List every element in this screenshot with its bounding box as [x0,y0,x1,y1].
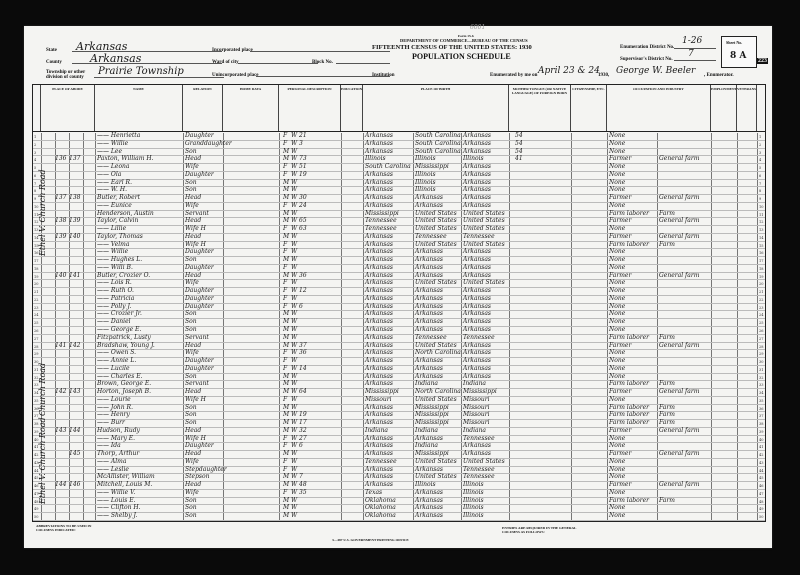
cell-father: Mississippi [415,450,449,457]
cell-line-number-right: 43 [759,461,763,465]
cell-relation: Daughter [185,248,214,255]
cell-industry: General farm [659,217,699,224]
enumerated-year: 1930, [598,73,609,78]
cell-father: South Carolina [415,140,461,147]
cell-birth: Arkansas [365,179,393,186]
cell-sex: M [283,512,289,519]
cell-n: 5 [34,166,36,170]
cell-line-number-right: 9 [759,197,761,201]
cell-race: W [291,357,297,364]
cell-father: Arkansas [415,287,443,294]
cell-occupation: None [609,473,625,480]
cell-race: W [291,481,297,488]
cell-relation: Wife [185,202,199,209]
cell-sex: F [283,202,287,209]
table-row: 42145Thorp, ArthurHeadMWArkansasMississi… [33,451,765,459]
cell-age: 19 [299,171,307,178]
cell-mother: Arkansas [463,264,491,271]
cell-sex: F [283,140,287,147]
ward-label: Ward of city [212,60,239,65]
margin-note-1: Ethel V. Church Road [38,169,47,256]
cell-occupation: None [609,179,625,186]
cell-occupation: None [609,132,625,139]
cell-father: Arkansas [415,497,443,504]
cell-name: —— Daniel [97,318,131,325]
cell-race: W [291,233,297,240]
table-row: 8—— W. H.SonMWArkansasIllinoisArkansasNo… [33,187,765,195]
cell-n: 6 [34,174,36,178]
cell-race: W [291,342,297,349]
cell-race: W [291,396,297,403]
cell-occupation: None [609,287,625,294]
cell-race: W [291,373,297,380]
cell-mother: Missouri [463,404,489,411]
cell-sex: M [283,318,289,325]
cell-age: 36 [299,272,307,279]
cell-n: 28 [34,345,38,349]
cell-mother: Mississippi [463,388,497,395]
county-label: County [46,60,62,65]
cell-occupation: None [609,396,625,403]
cell-occupation: None [609,148,625,155]
cell-age: 6 [299,303,303,310]
cell-race: W [291,194,297,201]
cell-industry: General farm [659,233,699,240]
cell-race: W [291,334,297,341]
cell-sex: F [283,489,287,496]
cell-sex: M [283,419,289,426]
cell-birth: Arkansas [365,295,393,302]
cell-race: W [291,442,297,449]
cell-father: Illinois [415,155,436,162]
cell-sex: M [283,310,289,317]
cell-mother: Arkansas [463,342,491,349]
cell-mother: United States [463,458,505,465]
cell-relation: Servant [185,380,209,387]
cell-mother: Indiana [463,427,486,434]
table-row: 9137138Butler, RobertHeadMW30ArkansasArk… [33,195,765,203]
cell-name: Butler, Robert [97,194,140,201]
census-title: FIFTEENTH CENSUS OF THE UNITED STATES: 1… [372,44,532,51]
cell-relation: Wife [185,279,199,286]
cell-relation: Head [185,427,201,434]
cell-mother: Arkansas [463,132,491,139]
cell-father: Illinois [415,179,436,186]
cell-name: —— Annie L. [97,357,136,364]
cell-name: —— Lois R. [97,279,132,286]
cell-age: 24 [299,202,307,209]
cell-industry: Farm [659,241,675,248]
cell-mother: Illinois [463,497,484,504]
cell-birth: Arkansas [365,419,393,426]
cell-occupation: None [609,489,625,496]
cell-name: —— Henry [97,411,130,418]
cell-father: North Carolina [415,349,461,356]
cell-n: 20 [34,282,38,286]
cell-birth: Arkansas [365,342,393,349]
cell-name: McAllister, William [97,473,155,480]
cell-relation: Son [185,326,197,333]
cell-relation: Head [185,388,201,395]
cell-line-number-right: 39 [759,430,763,434]
cell-name: Mitchell, Louis M. [97,481,152,488]
cell-name: —— Ida [97,442,121,449]
cell-mother: Tennessee [463,473,495,480]
cell-line-number-right: 18 [759,267,763,271]
cell-dwelling: 138 [55,217,66,224]
cell-race: W [291,148,297,155]
cell-race: W [291,179,297,186]
cell-name: Taylor, Thomas [97,233,143,240]
cell-birth: Texas [365,489,382,496]
cell-race: W [291,202,297,209]
cell-line-number-right: 14 [759,236,763,240]
cell-relation: Wife H [185,241,206,248]
cell-industry: General farm [659,155,699,162]
cell-name: Bradshaw, Young J. [97,342,155,349]
cell-name: Butler, Crozier O. [97,272,150,279]
cell-family: 140 [69,233,80,240]
cell-birth: Arkansas [365,148,393,155]
cell-occupation: Farmer [609,427,631,434]
cell-dwelling: 141 [55,342,66,349]
cell-industry: General farm [659,481,699,488]
col-place-of-birth: PLACE OF BIRTH [363,85,509,131]
cell-sex: F [283,442,287,449]
table-row: 46144146Mitchell, Louis M.HeadMW48Arkans… [33,482,765,490]
margin-note-2: Church Road [38,363,47,416]
cell-father: Arkansas [415,504,443,511]
cell-relation: Son [185,373,197,380]
cell-occupation: None [609,365,625,372]
cell-occupation: Farmer [609,342,631,349]
cell-name: —— Willie [97,248,128,255]
cell-line-number-right: 15 [759,244,763,248]
cell-n: 22 [34,298,38,302]
cell-family: 137 [69,155,80,162]
cell-mother: United States [463,279,505,286]
cell-line-number-right: 42 [759,453,763,457]
cell-dwelling: 137 [55,194,66,201]
cell-race: W [291,279,297,286]
cell-sex: M [283,497,289,504]
state-label: State [46,48,57,53]
cell-birth: Arkansas [365,481,393,488]
table-row: 35—— LourieWife HFWMissouriUnited States… [33,397,765,405]
cell-occupation: Farm laborer [609,419,649,426]
cell-birth: Arkansas [365,373,393,380]
header-divider [33,131,765,132]
table-row: 16—— WillieDaughterFWArkansasArkansasArk… [33,249,765,257]
cell-occupation: None [609,279,625,286]
cell-birth: Arkansas [365,473,393,480]
cell-mother: Arkansas [463,179,491,186]
cell-relation: Son [185,404,197,411]
cell-sex: F [283,458,287,465]
cell-father: United States [415,342,457,349]
cell-line-number-right: 29 [759,352,763,356]
cell-relation: Head [185,155,201,162]
cell-line-number-right: 2 [759,143,761,147]
cell-sex: M [283,179,289,186]
cell-name: —— W. H. [97,186,127,193]
table-row: 48—— Louis E.SonMWOklahomaArkansasIllino… [33,498,765,506]
cell-name: —— Lucile [97,365,130,372]
cell-name: —— Louis E. [97,497,136,504]
cell-birth: Arkansas [365,279,393,286]
cell-name: Thorp, Arthur [97,450,139,457]
cell-birth: Arkansas [365,450,393,457]
cell-race: W [291,504,297,511]
cell-dwelling: 140 [55,272,66,279]
cell-occupation: None [609,458,625,465]
cell-industry: General farm [659,388,699,395]
top-note: 6001 [470,24,485,31]
cell-n: 49 [34,507,38,511]
cell-age: 27 [299,435,307,442]
table-row: 7—— Earl R.SonMWArkansasIllinoisArkansas… [33,180,765,188]
cell-family: 138 [69,194,80,201]
col-veterans: VETERANS [737,85,757,131]
cell-family: 143 [69,388,80,395]
cell-age: 36 [299,349,307,356]
cell-father: Arkansas [415,365,443,372]
cell-birth: Arkansas [365,466,393,473]
cell-mother: Arkansas [463,450,491,457]
cell-birth: Arkansas [365,287,393,294]
cell-birth: Arkansas [365,194,393,201]
schedule-title: POPULATION SCHEDULE [412,52,511,61]
cell-race: W [291,419,297,426]
enumerated-date: April 23 & 24 [538,66,600,76]
cell-relation: Stepdaughter [185,466,227,473]
cell-birth: Arkansas [365,202,393,209]
cell-family: 142 [69,342,80,349]
cell-mother: United States [463,225,505,232]
supervisor-label: Supervisor's District No. [620,57,673,62]
cell-relation: Daughter [185,132,214,139]
incorporated-label: Incorporated place [212,48,253,53]
cell-name: Paxton, William H. [97,155,153,162]
cell-code: 54 [515,148,523,155]
cell-father: Illinois [415,186,436,193]
cell-dwelling: 139 [55,233,66,240]
cell-race: W [291,256,297,263]
cell-name: —— Shelby J. [97,512,137,519]
cell-race: W [291,404,297,411]
cell-birth: Tennessee [365,225,397,232]
cell-sex: M [283,272,289,279]
cell-occupation: Farm laborer [609,241,649,248]
cell-industry: Farm [659,404,675,411]
cell-line-number-right: 4 [759,158,761,162]
cell-name: Horton, Joseph B. [97,388,151,395]
cell-name: —— Ola [97,171,121,178]
cell-sex: F [283,171,287,178]
cell-name: —— Leona [97,163,130,170]
cell-line-number-right: 44 [759,469,763,473]
cell-sex: F [283,248,287,255]
cell-birth: Arkansas [365,272,393,279]
cell-father: Arkansas [415,256,443,263]
cell-race: W [291,241,297,248]
table-row: 6—— OlaDaughterFW19ArkansasIllinoisArkan… [33,172,765,180]
cell-name: —— Lourie [97,396,131,403]
table-row: 22—— PatriciaDaughterFWArkansasArkansasA… [33,296,765,304]
cell-race: W [291,458,297,465]
cell-race: W [291,497,297,504]
cell-code: 54 [515,132,523,139]
cell-mother: Tennessee [463,334,495,341]
unincorporated-label: Unincorporated place [212,73,259,78]
table-row: 2—— WillieGranddaughterFW3ArkansasSouth … [33,141,765,149]
table-row: 28141142Bradshaw, Young J.HeadMW37Arkans… [33,343,765,351]
table-row: 25—— DanielSonMWArkansasArkansasArkansas… [33,319,765,327]
cell-mother: Arkansas [463,349,491,356]
cell-race: W [291,140,297,147]
cell-industry: General farm [659,342,699,349]
cell-race: W [291,310,297,317]
cell-line-number-right: 21 [759,290,763,294]
cell-relation: Head [185,481,201,488]
cell-mother: Missouri [463,396,489,403]
cell-line-number-right: 37 [759,414,763,418]
cell-father: South Carolina [415,148,461,155]
table-body: 1—— HenriettaDaughterFW21ArkansasSouth C… [33,133,765,521]
cell-sex: F [283,466,287,473]
cell-name: —— Lee [97,148,122,155]
cell-father: South Carolina [415,132,461,139]
cell-race: W [291,365,297,372]
cell-father: Arkansas [415,512,443,519]
cell-relation: Daughter [185,295,214,302]
cell-n: 25 [34,321,38,325]
cell-birth: Tennessee [365,458,397,465]
cell-father: North Carolina [415,388,461,395]
cell-line-number-right: 46 [759,484,763,488]
table-row: 40—— Mary E.Wife HFW27ArkansasArkansasTe… [33,436,765,444]
cell-race: W [291,380,297,387]
cell-occupation: None [609,140,625,147]
cell-name: —— Lillie [97,225,126,232]
col-citizenship: CITIZENSHIP, ETC. [571,85,607,131]
cell-age: 35 [299,489,307,496]
table-row: 37—— HenrySonMW19ArkansasMississippiMiss… [33,412,765,420]
cell-sex: F [283,435,287,442]
cell-occupation: None [609,349,625,356]
cell-name: —— Willie V. [97,489,135,496]
cell-sex: M [283,342,289,349]
cell-father: Arkansas [415,326,443,333]
cell-n: 26 [34,329,38,333]
cell-birth: Arkansas [365,349,393,356]
cell-n: 4 [34,158,36,162]
cell-mother: Arkansas [463,171,491,178]
block-label: Block No. [312,60,333,65]
cell-name: Brown, George E. [97,380,151,387]
cell-race: W [291,272,297,279]
cell-line-number-right: 26 [759,329,763,333]
cell-occupation: Farmer [609,217,631,224]
cell-occupation: Farm laborer [609,411,649,418]
col-home-data: HOME DATA [223,85,279,131]
cell-relation: Son [185,179,197,186]
cell-name: —— John R. [97,404,133,411]
cell-dwelling: 136 [55,155,66,162]
cell-birth: Arkansas [365,435,393,442]
entries-title: ENTRIES ARE REQUIRED IN THE GENERAL COLU… [502,526,592,534]
cell-relation: Wife [185,489,199,496]
print-mark: 3—487 U.S. GOVERNMENT PRINTING OFFICE [332,538,409,542]
cell-name: —— Crozier Jr. [97,310,142,317]
cell-relation: Head [185,233,201,240]
cell-occupation: Farmer [609,194,631,201]
cell-father: United States [415,396,457,403]
cell-sex: F [283,349,287,356]
cell-line-number-right: 22 [759,298,763,302]
cell-race: W [291,248,297,255]
cell-mother: Arkansas [463,140,491,147]
cell-line-number-right: 24 [759,313,763,317]
cell-n: 23 [34,306,38,310]
cell-age: 32 [299,427,307,434]
cell-father: Arkansas [415,435,443,442]
cell-relation: Son [185,148,197,155]
cell-line-number-right: 13 [759,228,763,232]
cell-sex: F [283,132,287,139]
cell-birth: Arkansas [365,132,393,139]
cell-occupation: None [609,442,625,449]
cell-n: 24 [34,313,38,317]
cell-age: 37 [299,342,307,349]
cell-sex: M [283,380,289,387]
cell-mother: Tennessee [463,466,495,473]
cell-father: United States [415,225,457,232]
cell-sex: M [283,148,289,155]
cell-industry: Farm [659,497,675,504]
table-row: 21—— Ruth O.DaughterFW12ArkansasArkansas… [33,288,765,296]
cell-name: —— George E. [97,326,141,333]
cell-line-number-right: 38 [759,422,763,426]
table-row: 17—— Hughes L.SonMWArkansasArkansasArkan… [33,257,765,265]
cell-sex: M [283,504,289,511]
col-mother-tongue: MOTHER TONGUE (OR NATIVE LANGUAGE) OF FO… [509,85,571,131]
cell-mother: Arkansas [463,248,491,255]
sheet-value: 8 A [730,51,746,61]
block-line [336,63,390,64]
cell-family: 144 [69,427,80,434]
supervisor-value: 7 [688,49,694,59]
col-place-of-abode: PLACE OF ABODE [41,85,95,131]
cell-line-number-right: 34 [759,391,763,395]
cell-sex: F [283,264,287,271]
cell-n: 21 [34,290,38,294]
col-occupation: OCCUPATION AND INDUSTRY [607,85,711,131]
cell-race: W [291,450,297,457]
cell-mother: Arkansas [463,202,491,209]
cell-birth: Arkansas [365,442,393,449]
table-row: 43—— AlmaWifeFWTennesseeUnited StatesUni… [33,459,765,467]
cell-code: 54 [515,140,523,147]
cell-n: 19 [34,275,38,279]
cell-industry: Farm [659,380,675,387]
cell-age: 51 [299,163,307,170]
cell-race: W [291,326,297,333]
enum-district-line [674,48,716,49]
cell-father: United States [415,458,457,465]
census-sheet: State Arkansas County Arkansas Township … [24,26,772,548]
cell-occupation: None [609,310,625,317]
